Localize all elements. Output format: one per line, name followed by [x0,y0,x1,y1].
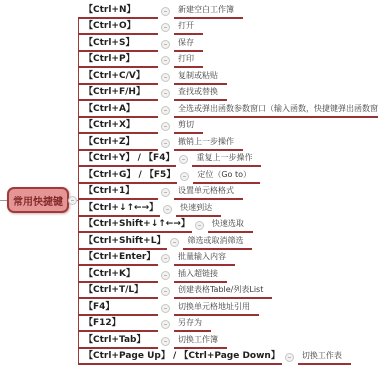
shortcut-key-topic[interactable]: 【F4】 [78,301,158,316]
shortcut-desc-topic[interactable]: 复制或粘贴 [174,70,227,85]
shortcut-desc-topic[interactable]: 快速到达 [176,202,221,217]
collapse-icon[interactable] [180,172,189,181]
shortcut-key-topic[interactable]: 【Ctrl+F/H】 [78,86,158,101]
shortcut-key-topic[interactable]: 【Ctrl+N】 [78,4,158,19]
collapse-icon[interactable] [161,122,170,131]
shortcut-desc-topic[interactable]: 重复上一步操作 [192,152,261,167]
shortcut-key-topic[interactable]: 【Ctrl+Shift+L】 [78,235,167,250]
shortcut-row: 【Ctrl+Y】 / 【F4】 重复上一步操作 [78,151,378,168]
shortcut-desc-topic[interactable]: 保存 [174,37,203,52]
collapse-icon[interactable] [161,89,170,98]
collapse-icon[interactable] [161,56,170,65]
shortcut-desc-topic[interactable]: 全选或弹出函数参数窗口（输入函数，快捷键弹出函数窗口） [174,103,378,118]
shortcut-desc-topic[interactable]: 切换工作簿 [174,334,227,349]
shortcut-key-topic[interactable]: 【Ctrl+K】 [78,268,158,283]
shortcut-key-topic[interactable]: 【Ctrl+Y】 / 【F4】 [78,152,176,167]
shortcut-key-topic[interactable]: 【Ctrl+A】 [78,103,158,118]
collapse-icon[interactable] [161,337,170,346]
shortcut-desc-topic[interactable]: 快速选取 [208,218,253,233]
shortcut-desc-topic[interactable]: 插入超链接 [174,268,227,283]
shortcut-desc-topic[interactable]: 新建空白工作簿 [174,4,243,19]
shortcut-key-topic[interactable]: 【Ctrl+X】 [78,119,158,134]
collapse-icon[interactable] [161,23,170,32]
shortcut-row: 【Ctrl+A】 全选或弹出函数参数窗口（输入函数，快捷键弹出函数窗口） [78,101,378,118]
collapse-icon[interactable] [170,238,179,247]
shortcut-key-topic[interactable]: 【F12】 [78,317,158,332]
root-topic[interactable]: 常用快捷键 [7,187,69,213]
shortcut-key-topic[interactable]: 【Ctrl+G】 / 【F5】 [78,169,177,184]
shortcut-desc-topic[interactable]: 打开 [174,20,203,35]
shortcut-desc-topic[interactable]: 切换单元格地址引用 [174,301,259,316]
collapse-icon[interactable] [161,254,170,263]
collapse-icon[interactable] [161,287,170,296]
shortcut-key-topic[interactable]: 【Ctrl+C/V】 [78,70,158,85]
shortcut-row: 【Ctrl+P】 打印 [78,52,378,69]
shortcut-key-topic[interactable]: 【Ctrl+Shift+↓↑←→】 [78,218,192,233]
shortcut-row: 【Ctrl+O】 打开 [78,19,378,36]
shortcut-desc-topic[interactable]: 查找或替换 [174,86,227,101]
shortcut-key-topic[interactable]: 【Ctrl+S】 [78,37,158,52]
collapse-icon[interactable] [161,73,170,82]
shortcut-key-topic[interactable]: 【Ctrl+↓↑←→】 [78,202,160,217]
collapse-icon[interactable] [195,221,204,230]
collapse-icon[interactable] [161,320,170,329]
collapse-icon[interactable] [161,40,170,49]
shortcut-desc-topic[interactable]: 剪切 [174,119,203,134]
shortcut-key-topic[interactable]: 【Ctrl+P】 [78,53,158,68]
shortcut-row: 【Ctrl+X】 剪切 [78,118,378,135]
shortcut-desc-topic[interactable]: 定位（Go to） [193,169,260,184]
shortcut-key-topic[interactable]: 【Ctrl+T/L】 [78,284,158,299]
collapse-icon[interactable] [161,304,170,313]
shortcut-key-topic[interactable]: 【Ctrl+Page Up】 / 【Ctrl+Page Down】 [78,350,282,365]
shortcut-row: 【Ctrl+Shift+↓↑←→】 快速选取 [78,217,378,234]
shortcut-key-topic[interactable]: 【Ctrl+1】 [78,185,158,200]
shortcut-key-topic[interactable]: 【Ctrl+Tab】 [78,334,158,349]
shortcut-row: 【Ctrl+Shift+L】 筛选或取消筛选 [78,233,378,250]
collapse-icon[interactable] [161,188,170,197]
collapse-icon[interactable] [161,139,170,148]
mindmap-canvas: 常用快捷键 【Ctrl+N】 新建空白工作簿 【Ctrl+O】 打开 【Ctrl… [0,0,378,381]
shortcut-row: 【Ctrl+Enter】 批量输入内容 [78,250,378,267]
shortcut-key-topic[interactable]: 【Ctrl+Enter】 [78,251,158,266]
shortcut-row: 【Ctrl+Page Up】 / 【Ctrl+Page Down】 切换工作表 [78,349,378,366]
shortcut-desc-topic[interactable]: 批量输入内容 [174,251,235,266]
shortcut-row: 【Ctrl+Z】 撤销上一步操作 [78,134,378,151]
shortcut-key-topic[interactable]: 【Ctrl+O】 [78,20,158,35]
shortcut-row: 【Ctrl+Tab】 切换工作簿 [78,332,378,349]
collapse-icon[interactable] [161,271,170,280]
shortcut-row: 【Ctrl+↓↑←→】 快速到达 [78,200,378,217]
shortcut-desc-topic[interactable]: 另存为 [174,317,211,332]
shortcut-row: 【Ctrl+1】 设置单元格格式 [78,184,378,201]
shortcut-desc-topic[interactable]: 切换工作表 [298,350,351,365]
root-incoming-line [0,200,7,201]
collapse-icon[interactable] [161,7,170,16]
shortcut-row: 【Ctrl+F/H】 查找或替换 [78,85,378,102]
shortcut-row: 【Ctrl+C/V】 复制或粘贴 [78,68,378,85]
shortcut-row: 【Ctrl+T/L】 创建表格Table/列表List [78,283,378,300]
shortcut-row: 【Ctrl+G】 / 【F5】 定位（Go to） [78,167,378,184]
shortcut-desc-topic[interactable]: 筛选或取消筛选 [183,235,252,250]
shortcut-row: 【F4】 切换单元格地址引用 [78,299,378,316]
shortcut-row: 【Ctrl+K】 插入超链接 [78,266,378,283]
shortcut-row: 【Ctrl+N】 新建空白工作簿 [78,2,378,19]
shortcut-row: 【Ctrl+S】 保存 [78,35,378,52]
shortcut-row: 【F12】 另存为 [78,316,378,333]
root-collapse-icon[interactable] [68,196,77,205]
shortcut-rows: 【Ctrl+N】 新建空白工作簿 【Ctrl+O】 打开 【Ctrl+S】 保存… [78,2,378,365]
collapse-icon[interactable] [163,205,172,214]
collapse-icon[interactable] [179,155,188,164]
shortcut-desc-topic[interactable]: 创建表格Table/列表List [174,284,272,299]
shortcut-desc-topic[interactable]: 打印 [174,53,203,68]
shortcut-desc-topic[interactable]: 设置单元格格式 [174,185,243,200]
shortcut-desc-topic[interactable]: 撤销上一步操作 [174,136,243,151]
shortcut-key-topic[interactable]: 【Ctrl+Z】 [78,136,158,151]
collapse-icon[interactable] [161,106,170,115]
collapse-icon[interactable] [285,353,294,362]
